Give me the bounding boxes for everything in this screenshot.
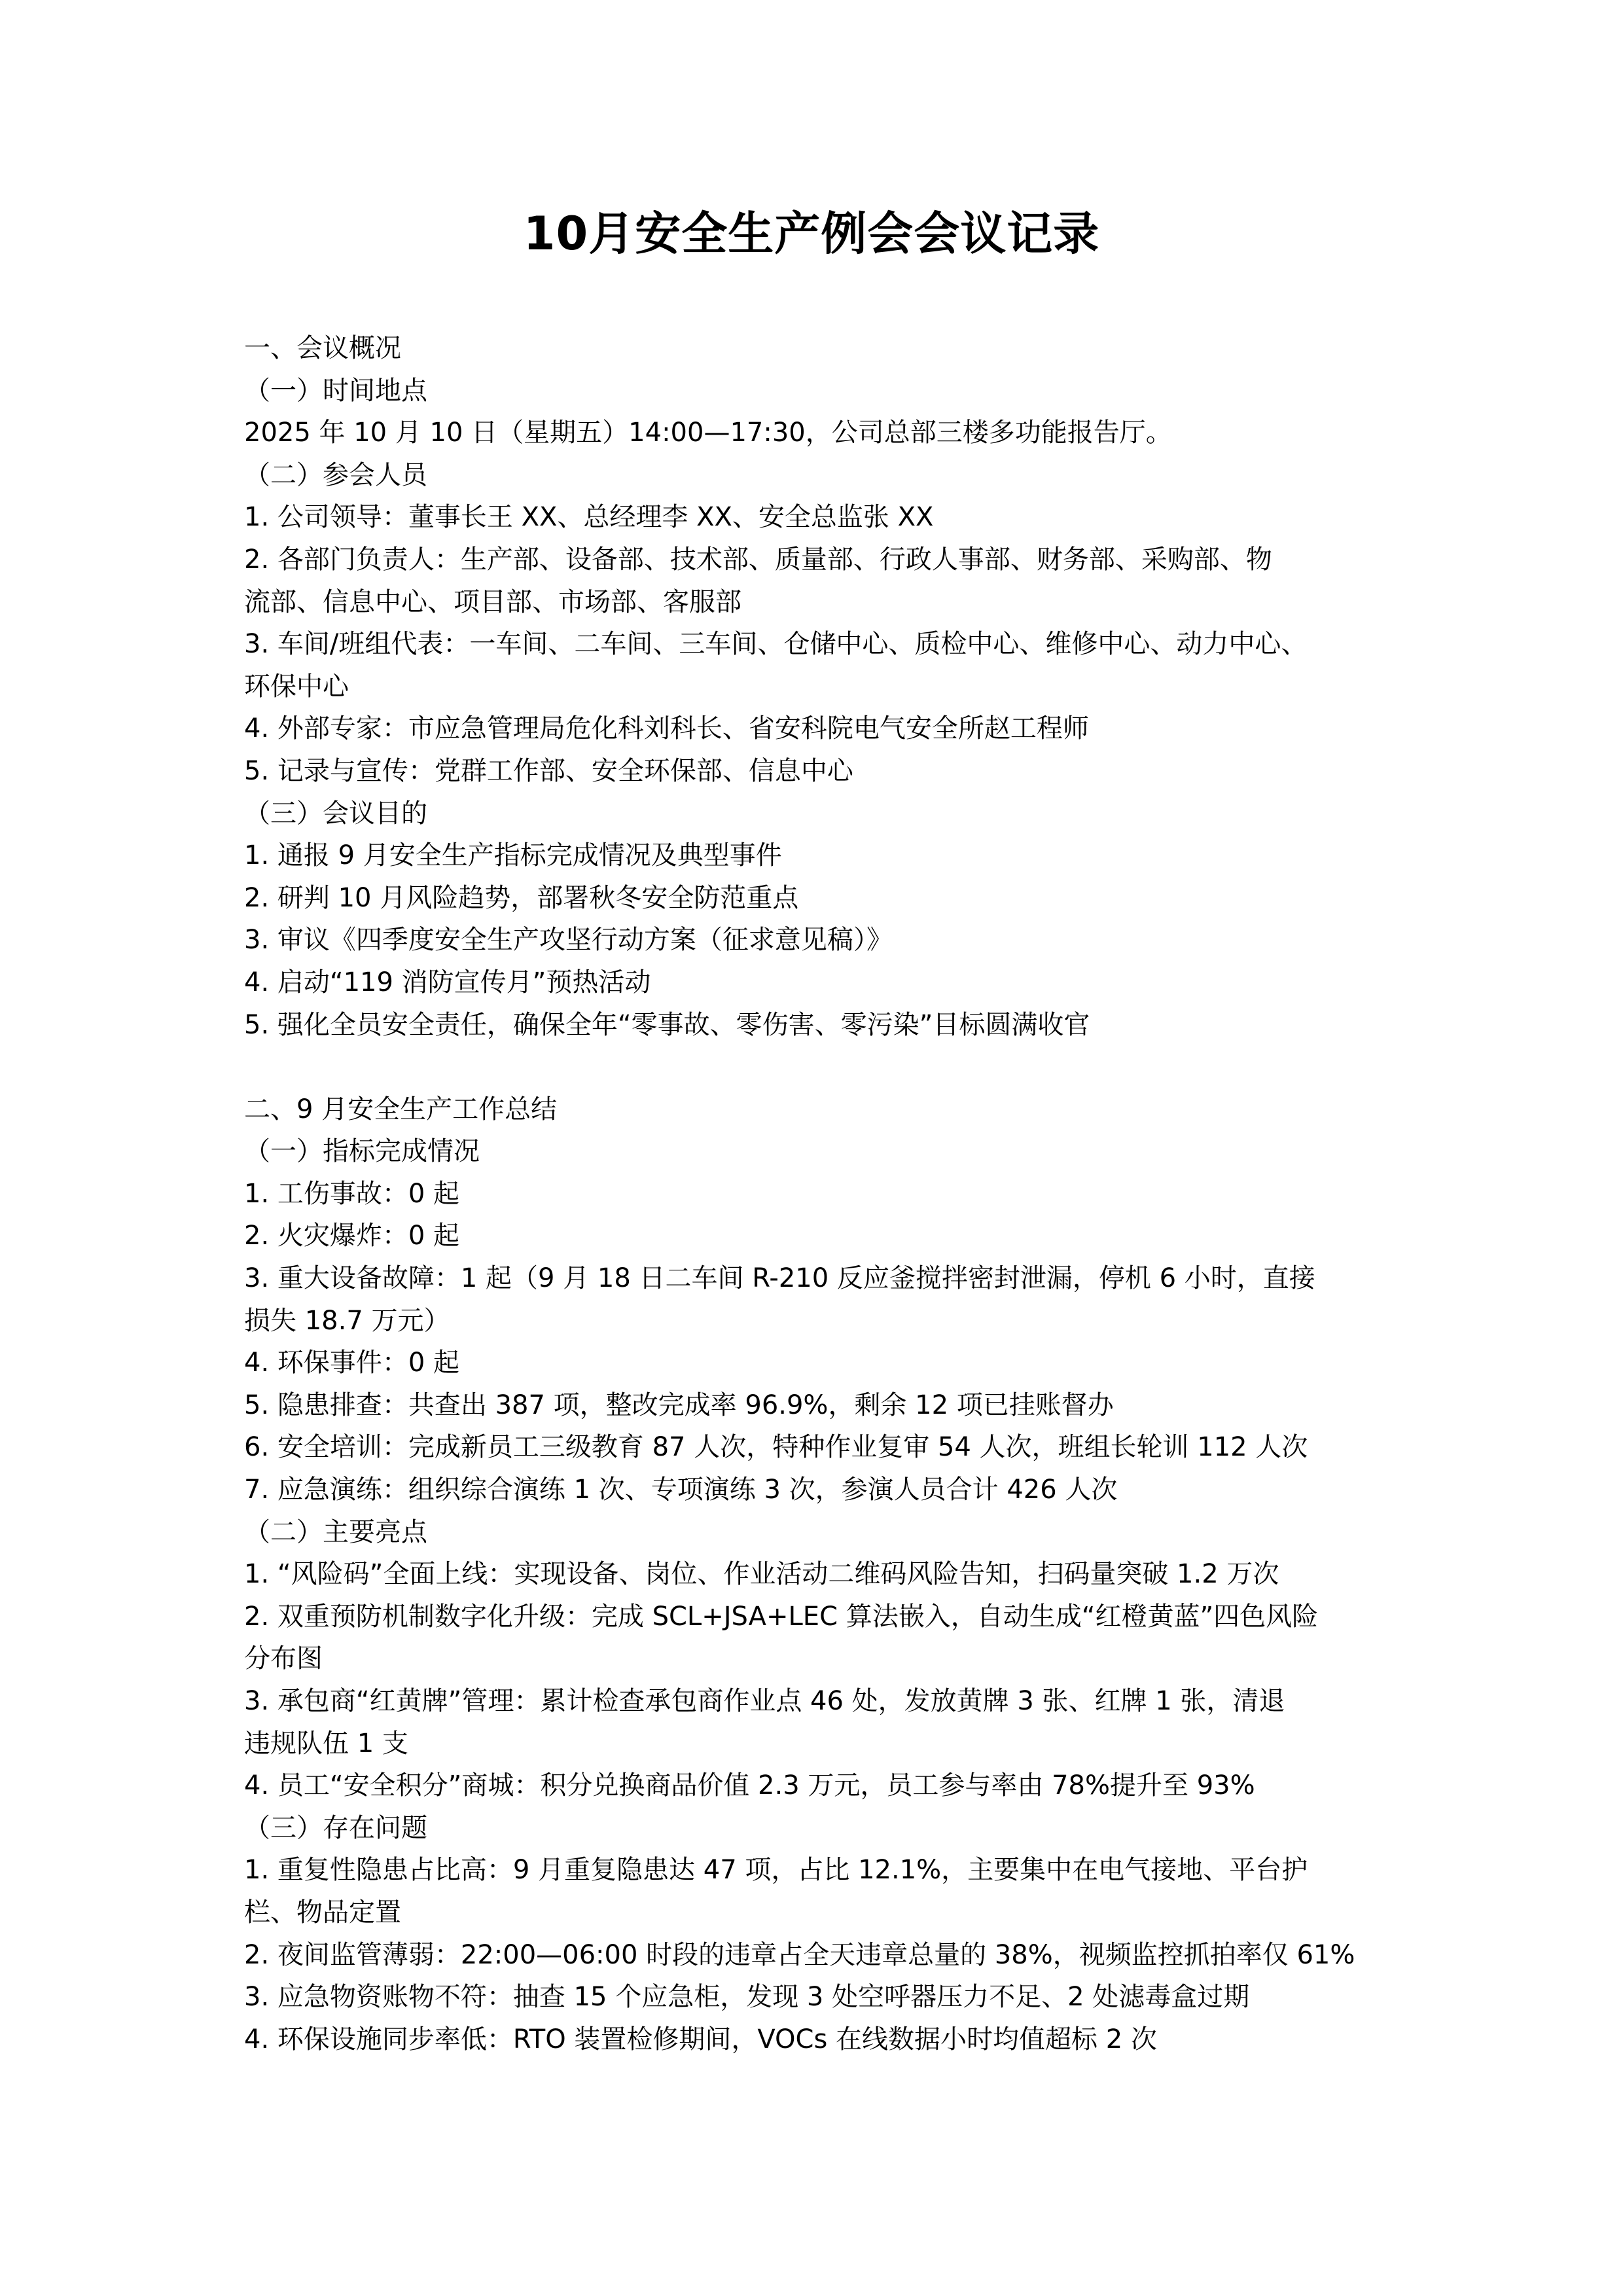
list-item: 4. 环保事件：0 起 <box>244 1342 1383 1384</box>
list-item-continuation: 分布图 <box>244 1638 1383 1680</box>
section-heading: 一、会议概况 <box>244 327 1383 370</box>
list-item: 2. 研判 10 月风险趋势，部署秋冬安全防范重点 <box>244 877 1383 920</box>
list-item: 3. 车间/班组代表：一车间、二车间、三车间、仓储中心、质检中心、维修中心、动力… <box>244 623 1383 666</box>
list-item: 3. 重大设备故障：1 起（9 月 18 日二车间 R-210 反应釜搅拌密封泄… <box>244 1257 1383 1300</box>
list-item: 5. 隐患排查：共查出 387 项，整改完成率 96.9%，剩余 12 项已挂账… <box>244 1384 1383 1427</box>
list-item: 3. 审议《四季度安全生产攻坚行动方案（征求意见稿）》 <box>244 919 1383 961</box>
list-item: 2. 双重预防机制数字化升级：完成 SCL+JSA+LEC 算法嵌入，自动生成“… <box>244 1596 1383 1638</box>
list-item-continuation: 栏、物品定置 <box>244 1892 1383 1934</box>
list-item: 1. 通报 9 月安全生产指标完成情况及典型事件 <box>244 834 1383 877</box>
list-item-continuation: 流部、信息中心、项目部、市场部、客服部 <box>244 581 1383 624</box>
list-item: 1. 公司领导：董事长王 XX、总经理李 XX、安全总监张 XX <box>244 496 1383 539</box>
list-item: 1. 工伤事故：0 起 <box>244 1173 1383 1215</box>
subsection-heading: （一）时间地点 <box>244 370 1383 412</box>
subsection-heading: （三）存在问题 <box>244 1807 1383 1850</box>
document-title: 10月安全生产例会会议记录 <box>0 204 1623 263</box>
list-item: 2. 夜间监管薄弱：22:00—06:00 时段的违章占全天违章总量的 38%，… <box>244 1934 1383 1977</box>
list-item: 5. 记录与宣传：党群工作部、安全环保部、信息中心 <box>244 750 1383 793</box>
section-heading: 二、9 月安全生产工作总结 <box>244 1088 1383 1131</box>
list-item: 4. 环保设施同步率低：RTO 装置检修期间，VOCs 在线数据小时均值超标 2… <box>244 2018 1383 2061</box>
list-item: 4. 员工“安全积分”商城：积分兑换商品价值 2.3 万元，员工参与率由 78%… <box>244 1765 1383 1807</box>
blank-line <box>244 1046 1383 1088</box>
list-item: 4. 外部专家：市应急管理局危化科刘科长、省安科院电气安全所赵工程师 <box>244 708 1383 750</box>
list-item-continuation: 环保中心 <box>244 666 1383 708</box>
subsection-heading: （一）指标完成情况 <box>244 1130 1383 1173</box>
list-item: 1. “风险码”全面上线：实现设备、岗位、作业活动二维码风险告知，扫码量突破 1… <box>244 1553 1383 1596</box>
list-item: 4. 启动“119 消防宣传月”预热活动 <box>244 961 1383 1004</box>
subsection-heading: （二）主要亮点 <box>244 1511 1383 1554</box>
list-item-continuation: 违规队伍 1 支 <box>244 1723 1383 1765</box>
list-item: 3. 应急物资账物不符：抽查 15 个应急柜，发现 3 处空呼器压力不足、2 处… <box>244 1976 1383 2018</box>
list-item: 7. 应急演练：组织综合演练 1 次、专项演练 3 次，参演人员合计 426 人… <box>244 1469 1383 1511</box>
paragraph-line: 2025 年 10 月 10 日（星期五）14:00—17:30，公司总部三楼多… <box>244 412 1383 454</box>
subsection-heading: （三）会议目的 <box>244 793 1383 835</box>
document-body: 一、会议概况 （一）时间地点 2025 年 10 月 10 日（星期五）14:0… <box>244 327 1383 2060</box>
list-item: 1. 重复性隐患占比高：9 月重复隐患达 47 项，占比 12.1%，主要集中在… <box>244 1849 1383 1892</box>
list-item: 5. 强化全员安全责任，确保全年“零事故、零伤害、零污染”目标圆满收官 <box>244 1004 1383 1047</box>
list-item: 6. 安全培训：完成新员工三级教育 87 人次，特种作业复审 54 人次，班组长… <box>244 1426 1383 1469</box>
list-item: 3. 承包商“红黄牌”管理：累计检查承包商作业点 46 处，发放黄牌 3 张、红… <box>244 1680 1383 1723</box>
document-page: 10月安全生产例会会议记录 一、会议概况 （一）时间地点 2025 年 10 月… <box>0 0 1623 2296</box>
list-item: 2. 火灾爆炸：0 起 <box>244 1215 1383 1257</box>
list-item: 2. 各部门负责人：生产部、设备部、技术部、质量部、行政人事部、财务部、采购部、… <box>244 539 1383 581</box>
subsection-heading: （二）参会人员 <box>244 454 1383 497</box>
list-item-continuation: 损失 18.7 万元） <box>244 1300 1383 1342</box>
